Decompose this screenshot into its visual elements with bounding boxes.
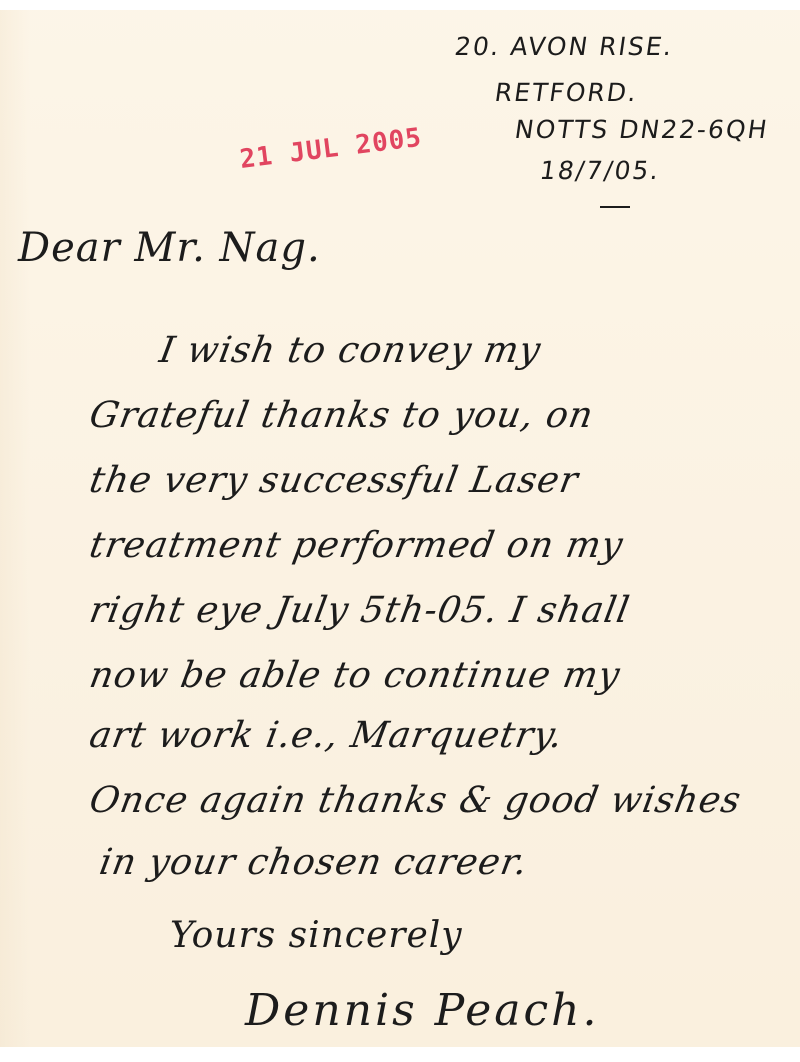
letter-date: 18/7/05.: [538, 156, 662, 185]
address-line-2: RETFORD.: [493, 78, 640, 107]
address-line-3: NOTTS DN22-6QH: [513, 115, 771, 144]
body-line: the very successful Laser: [86, 460, 581, 501]
body-line: now be able to continue my: [86, 655, 623, 696]
body-line: in your chosen career.: [96, 842, 531, 883]
body-line: Grateful thanks to you, on: [86, 395, 596, 436]
body-line: I wish to convey my: [156, 330, 544, 371]
salutation: Dear Mr. Nag.: [18, 225, 321, 271]
body-line: right eye July 5th-05. I shall: [86, 590, 633, 631]
closing: Yours sincerely: [170, 915, 463, 956]
received-date-stamp: 21 JUL 2005: [238, 123, 423, 175]
body-line: Once again thanks & good wishes: [86, 780, 744, 821]
signature: Dennis Peach.: [245, 985, 600, 1036]
letter-paper: 20. AVON RISE. RETFORD. NOTTS DN22-6QH 1…: [0, 10, 800, 1047]
body-line: treatment performed on my: [86, 525, 626, 566]
date-underline: [600, 206, 630, 208]
body-line: art work i.e., Marquetry.: [86, 715, 566, 756]
address-line-1: 20. AVON RISE.: [453, 32, 676, 61]
